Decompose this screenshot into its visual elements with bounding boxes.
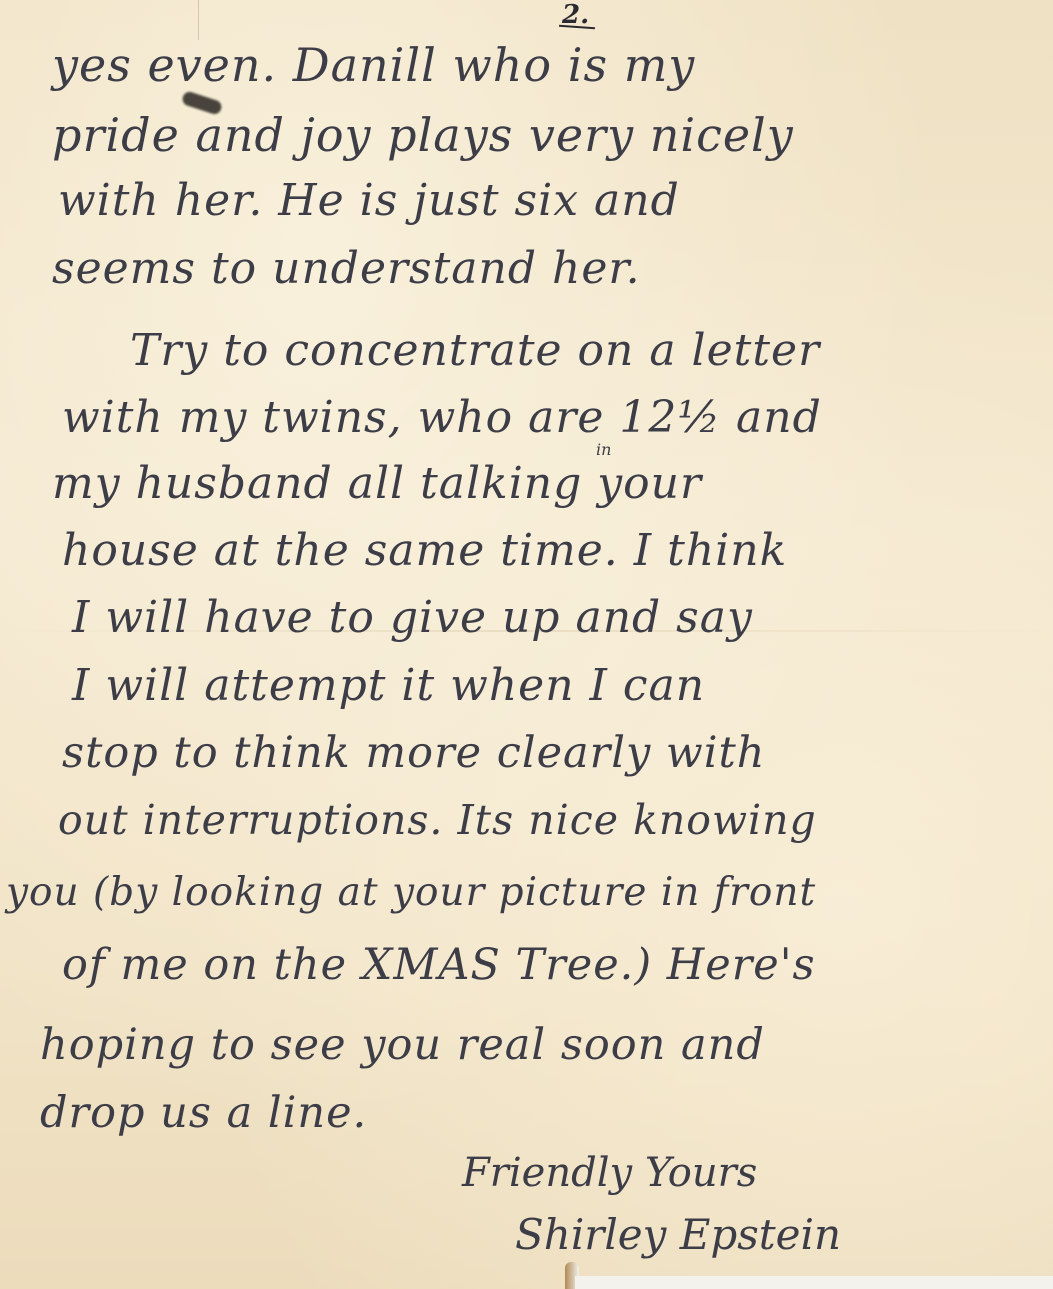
letter-paper: 2. yes even. Danill who is my pride and … (0, 0, 1053, 1289)
closing: Friendly Yours (462, 1150, 757, 1196)
page-number: 2. (562, 0, 589, 30)
paper-crease (198, 0, 199, 40)
letter-line: with her. He is just six and (58, 175, 680, 226)
letter-line: out interruptions. Its nice knowing (58, 796, 817, 844)
letter-line: with my twins, who are 12½ and (62, 392, 822, 443)
letter-line: I will attempt it when I can (72, 660, 705, 711)
signature: Shirley Epstein (515, 1210, 841, 1259)
letter-line: yes even. Danill who is my (52, 38, 695, 92)
insertion-mark: in (596, 440, 611, 459)
letter-line: Try to concentrate on a letter (130, 325, 820, 376)
letter-line: pride and joy plays very nicely (52, 108, 794, 162)
letter-line: hoping to see you real soon and (40, 1020, 765, 1070)
letter-line: you (by looking at your picture in front (6, 870, 816, 915)
letter-line: I will have to give up and say (72, 592, 753, 643)
letter-line: stop to think more clearly with (62, 728, 765, 778)
letter-line: house at the same time. I think (62, 525, 787, 576)
paper-edge (575, 1276, 1053, 1289)
letter-line: drop us a line. (40, 1088, 367, 1138)
letter-line: my husband all talking your (52, 458, 702, 509)
letter-line: of me on the XMAS Tree.) Here's (62, 940, 816, 990)
letter-line: seems to understand her. (52, 243, 641, 294)
